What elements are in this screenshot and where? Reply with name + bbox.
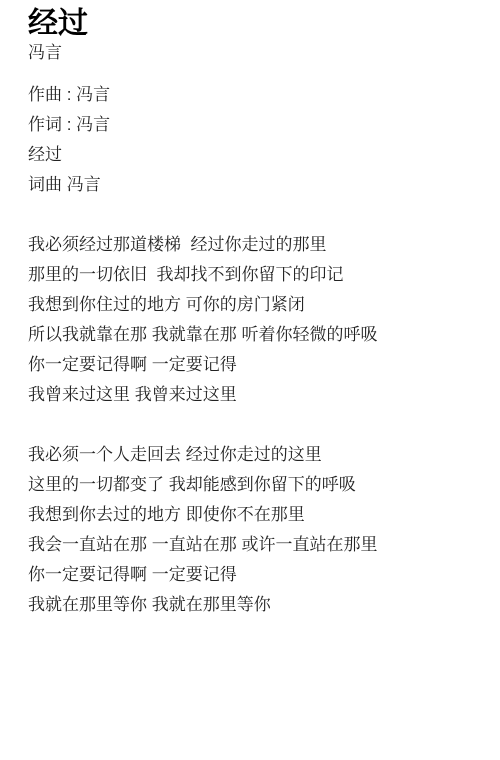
lyric-line: 我就在那里等你 我就在那里等你 (28, 590, 472, 620)
lyric-line: 我想到你去过的地方 即使你不在那里 (28, 500, 472, 530)
credit-line-songname: 经过 (28, 140, 472, 170)
verse-2: 我必须一个人走回去 经过你走过的这里 这里的一切都变了 我却能感到你留下的呼吸 … (28, 440, 472, 620)
lyric-line: 那里的一切依旧 我却找不到你留下的印记 (28, 260, 472, 290)
lyric-line: 我想到你住过的地方 可你的房门紧闭 (28, 290, 472, 320)
lyric-line: 你一定要记得啊 一定要记得 (28, 560, 472, 590)
verse-1: 我必须经过那道楼梯 经过你走过的那里 那里的一切依旧 我却找不到你留下的印记 我… (28, 230, 472, 410)
lyrics-page: { "page": { "title": "经过", "artist": "冯言… (0, 0, 500, 760)
song-title: 经过 (28, 6, 472, 42)
credit-line-composer: 作曲 : 冯言 (28, 80, 472, 110)
lyric-line: 你一定要记得啊 一定要记得 (28, 350, 472, 380)
lyric-line: 这里的一切都变了 我却能感到你留下的呼吸 (28, 470, 472, 500)
song-header: 经过 冯言 (28, 6, 472, 64)
credit-line-words-music: 词曲 冯言 (28, 170, 472, 200)
credits-block: 作曲 : 冯言 作词 : 冯言 经过 词曲 冯言 (28, 80, 472, 200)
lyric-line: 我会一直站在那 一直站在那 或许一直站在那里 (28, 530, 472, 560)
artist-name: 冯言 (28, 42, 472, 64)
lyric-line: 所以我就靠在那 我就靠在那 听着你轻微的呼吸 (28, 320, 472, 350)
lyric-line: 我必须经过那道楼梯 经过你走过的那里 (28, 230, 472, 260)
lyric-line: 我曾来过这里 我曾来过这里 (28, 380, 472, 410)
credit-line-lyricist: 作词 : 冯言 (28, 110, 472, 140)
lyric-line: 我必须一个人走回去 经过你走过的这里 (28, 440, 472, 470)
